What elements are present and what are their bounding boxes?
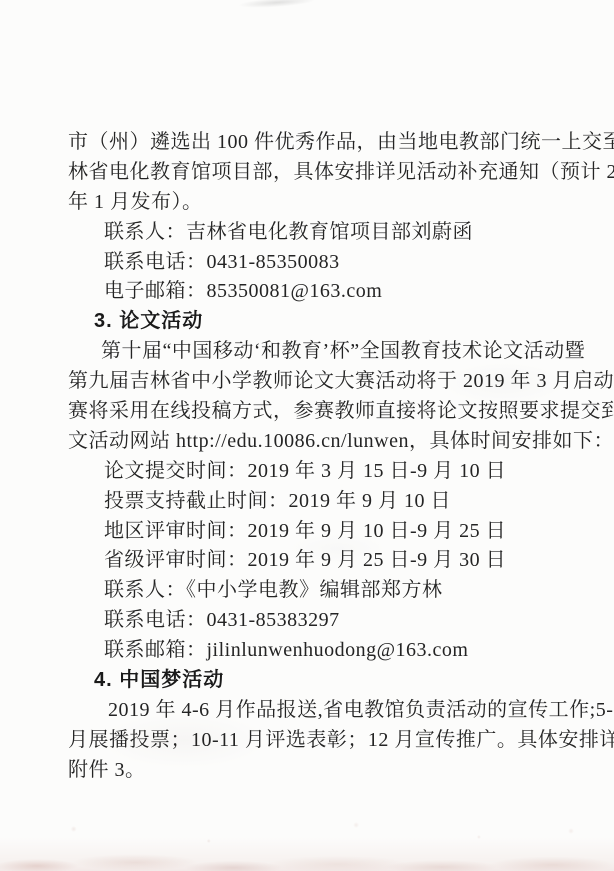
doc-line: 第十届“中国移动‘和教育’杯”全国教育技术论文活动暨 xyxy=(101,337,560,367)
scanned-document-page: 市（州）遴选出 100 件优秀作品，由当地电教部门统一上交至吉 林省电化教育馆项… xyxy=(0,0,614,871)
document-text-block: 市（州）遴选出 100 件优秀作品，由当地电教部门统一上交至吉 林省电化教育馆项… xyxy=(68,128,560,786)
schedule-regional-review-line: 地区评审时间：2019 年 9 月 10 日-9 月 25 日 xyxy=(104,517,560,547)
doc-line: 年 1 月发布）。 xyxy=(68,188,560,218)
doc-line: 月展播投票；10-11 月评选表彰；12 月宣传推广。具体安排详见 xyxy=(68,726,560,756)
schedule-provincial-review-line: 省级评审时间：2019 年 9 月 25 日-9 月 30 日 xyxy=(104,546,560,576)
scan-smudge-artifact xyxy=(238,0,316,10)
contact-person-line: 联系人：吉林省电化教育馆项目部刘蔚函 xyxy=(104,218,560,248)
doc-line: 林省电化教育馆项目部，具体安排详见活动补充通知（预计 2019 xyxy=(68,158,560,188)
schedule-vote-deadline-line: 投票支持截止时间：2019 年 9 月 10 日 xyxy=(104,487,560,517)
doc-line: 2019 年 4-6 月作品报送,省电教馆负责活动的宣传工作;5-9 xyxy=(108,696,560,726)
doc-line: 赛将采用在线投稿方式，参赛教师直接将论文按照要求提交到论 xyxy=(68,397,560,427)
contact-phone-line: 联系电话：0431-85383297 xyxy=(104,606,560,636)
schedule-submit-line: 论文提交时间：2019 年 3 月 15 日-9 月 10 日 xyxy=(104,457,560,487)
contact-email-line: 联系邮箱：jilinlunwenhuodong@163.com xyxy=(104,636,560,666)
doc-line-with-url: 文活动网站 http://edu.10086.cn/lunwen，具体时间安排如… xyxy=(68,427,560,457)
doc-line: 市（州）遴选出 100 件优秀作品，由当地电教部门统一上交至吉 xyxy=(68,128,560,158)
scan-bottom-edge-artifact xyxy=(0,837,614,871)
contact-person-line: 联系人：《中小学电教》编辑部郑方林 xyxy=(104,576,560,606)
section-heading-china-dream-activity: 4. 中国梦活动 xyxy=(94,666,560,696)
doc-line: 第九届吉林省中小学教师论文大赛活动将于 2019 年 3 月启动,大 xyxy=(68,367,560,397)
contact-phone-line: 联系电话：0431-85350083 xyxy=(104,248,560,278)
section-heading-essay-activity: 3. 论文活动 xyxy=(94,307,560,337)
doc-line: 附件 3。 xyxy=(68,756,560,786)
contact-email-line: 电子邮箱：85350081@163.com xyxy=(104,277,560,307)
